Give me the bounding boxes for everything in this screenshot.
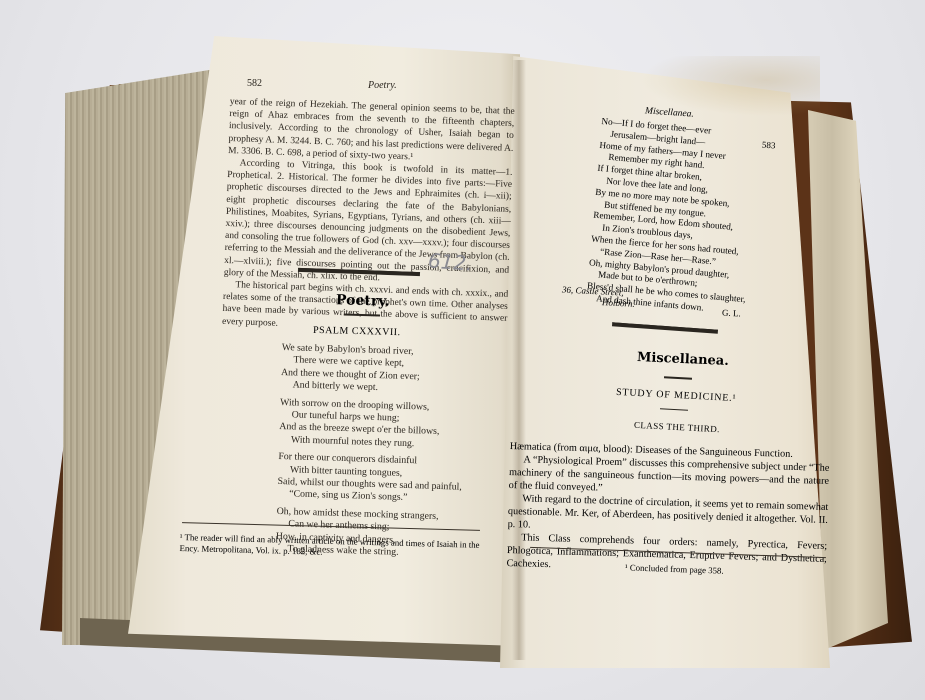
section-title: Poetry. [336, 292, 390, 309]
handwritten-annotation: 612. [427, 248, 473, 275]
paragraph: year of the reign of Hezekiah. The gener… [228, 96, 515, 167]
left-page-number: 582 [247, 78, 262, 89]
left-running-head: Poetry. [368, 80, 397, 91]
poem-title: PSALM CXXXVII. [313, 325, 401, 338]
right-prose: Hæmatica (from αιμα, blood): Diseases of… [506, 440, 830, 579]
right-page-number: 583 [762, 140, 776, 151]
signature-address-2: Holborn. [602, 297, 635, 309]
signature-initials: G. L. [722, 308, 741, 319]
